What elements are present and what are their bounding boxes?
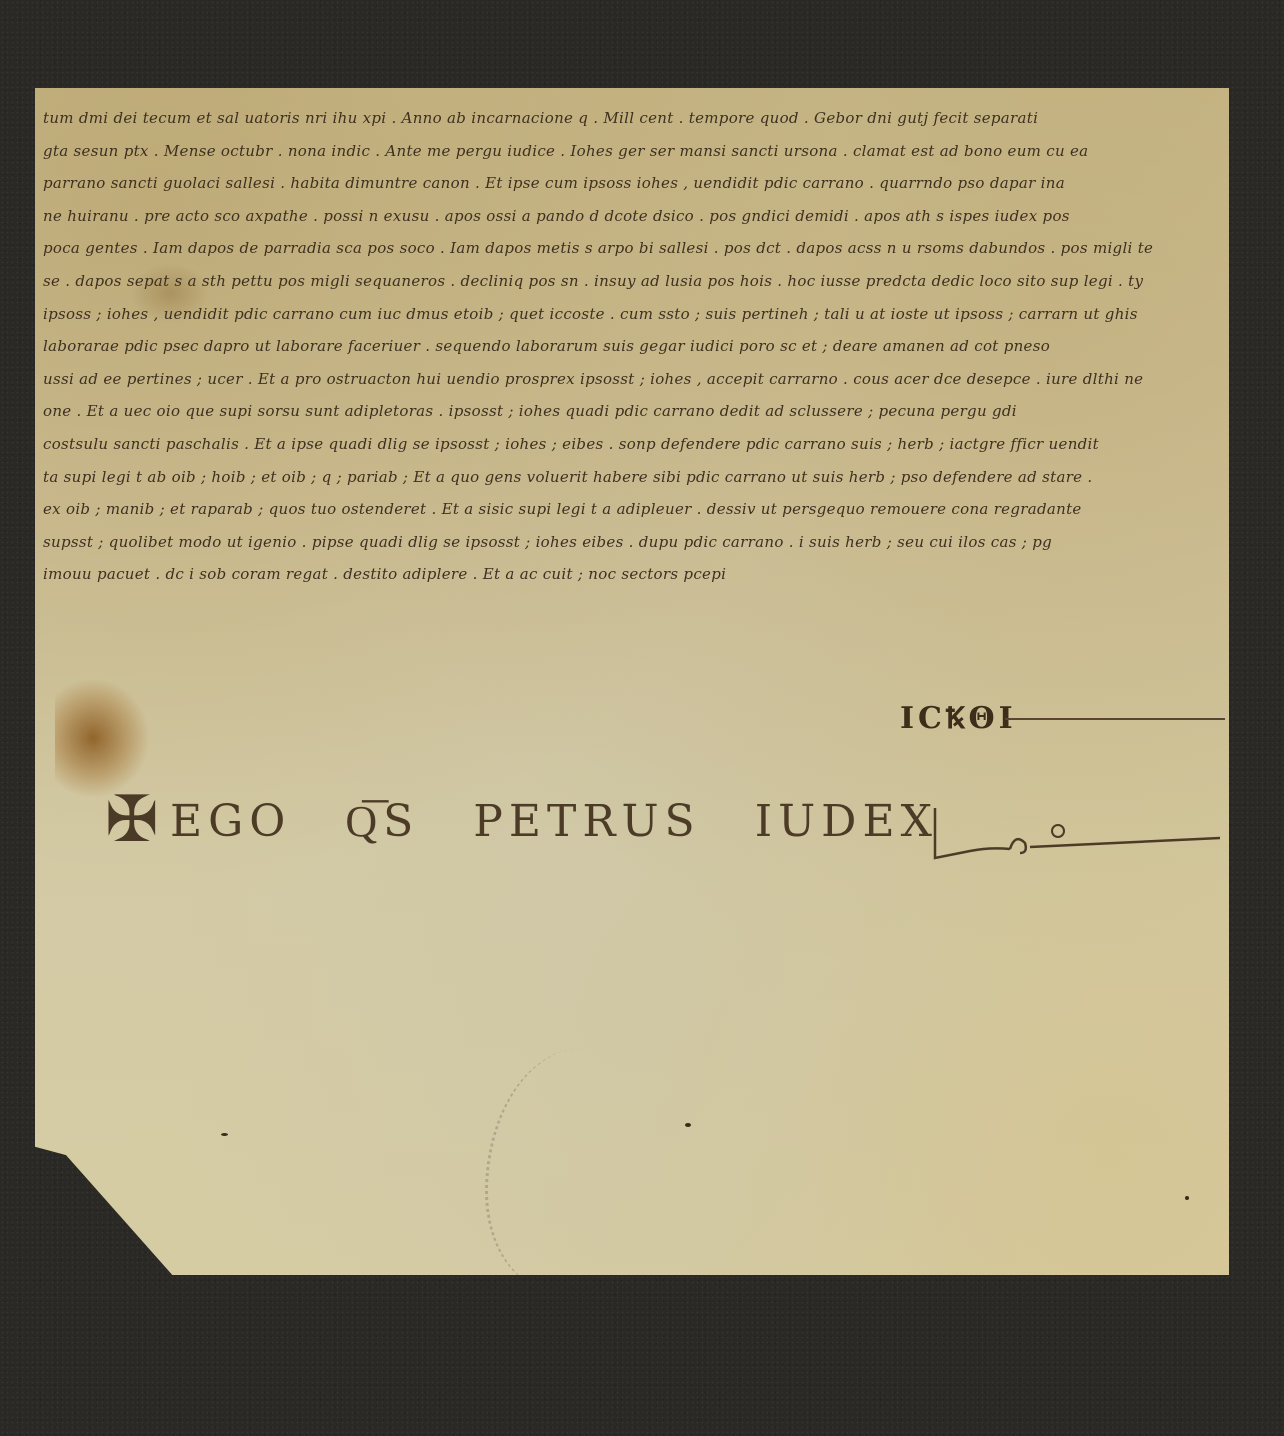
subscription-text: EGO Q͞S PETRUS IUDEX — [170, 796, 972, 847]
cross-icon: ✠ — [105, 788, 159, 852]
text-line: tum dmi dei tecum et sal uatoris nri ihu… — [43, 102, 1223, 135]
crease-mark — [485, 1048, 648, 1288]
text-line: imouu pacuet . dc i sob coram regat . de… — [43, 558, 863, 591]
text-line: laborarae pdic psec dapro ut laborare fa… — [43, 330, 1223, 363]
text-line: ne huiranu . pre acto sco axpathe . poss… — [43, 200, 1223, 233]
signature-word: EGO — [170, 796, 291, 847]
ink-speck — [221, 1133, 228, 1136]
signature-word: Q͞S — [345, 796, 419, 847]
text-line: costsulu sancti paschalis . Et a ipse qu… — [43, 428, 1223, 461]
parchment-sheet: tum dmi dei tecum et sal uatoris nri ihu… — [35, 88, 1229, 1275]
text-line: gta sesun ptx . Mense octubr . nona indi… — [43, 135, 1223, 168]
signature-word: PETRUS — [473, 796, 700, 847]
text-line: supsst ; quolibet modo ut igenio . pipse… — [43, 526, 1223, 559]
notarial-monogram: ICꝄΘI — [900, 696, 1017, 737]
ink-speck — [1185, 1196, 1189, 1200]
text-line: ta supi legi t ab oib ; hoib ; et oib ; … — [43, 461, 1223, 494]
text-line: ex oib ; manib ; et raparab ; quos tuo o… — [43, 493, 1223, 526]
text-line: se . dapos sepat s a sth pettu pos migli… — [43, 265, 1223, 298]
text-line: one . Et a uec oio que supi sorsu sunt a… — [43, 395, 1223, 428]
judge-subscription: ✠ EGO Q͞S PETRUS IUDEX — [95, 778, 1225, 888]
text-line: ipsoss ; iohes , uendidit pdic carrano c… — [43, 298, 1223, 331]
text-line: poca gentes . Iam dapos de parradia sca … — [43, 232, 1223, 265]
text-line: parrano sancti guolaci sallesi . habita … — [43, 167, 1223, 200]
ink-speck — [685, 1123, 691, 1127]
text-line: ussi ad ee pertines ; ucer . Et a pro os… — [43, 363, 1223, 396]
monogram-flourish-line — [1005, 718, 1225, 720]
signature-flourish-icon — [930, 803, 1230, 863]
charter-text: tum dmi dei tecum et sal uatoris nri ihu… — [43, 102, 1223, 591]
signature-word: IUDEX — [755, 796, 938, 847]
